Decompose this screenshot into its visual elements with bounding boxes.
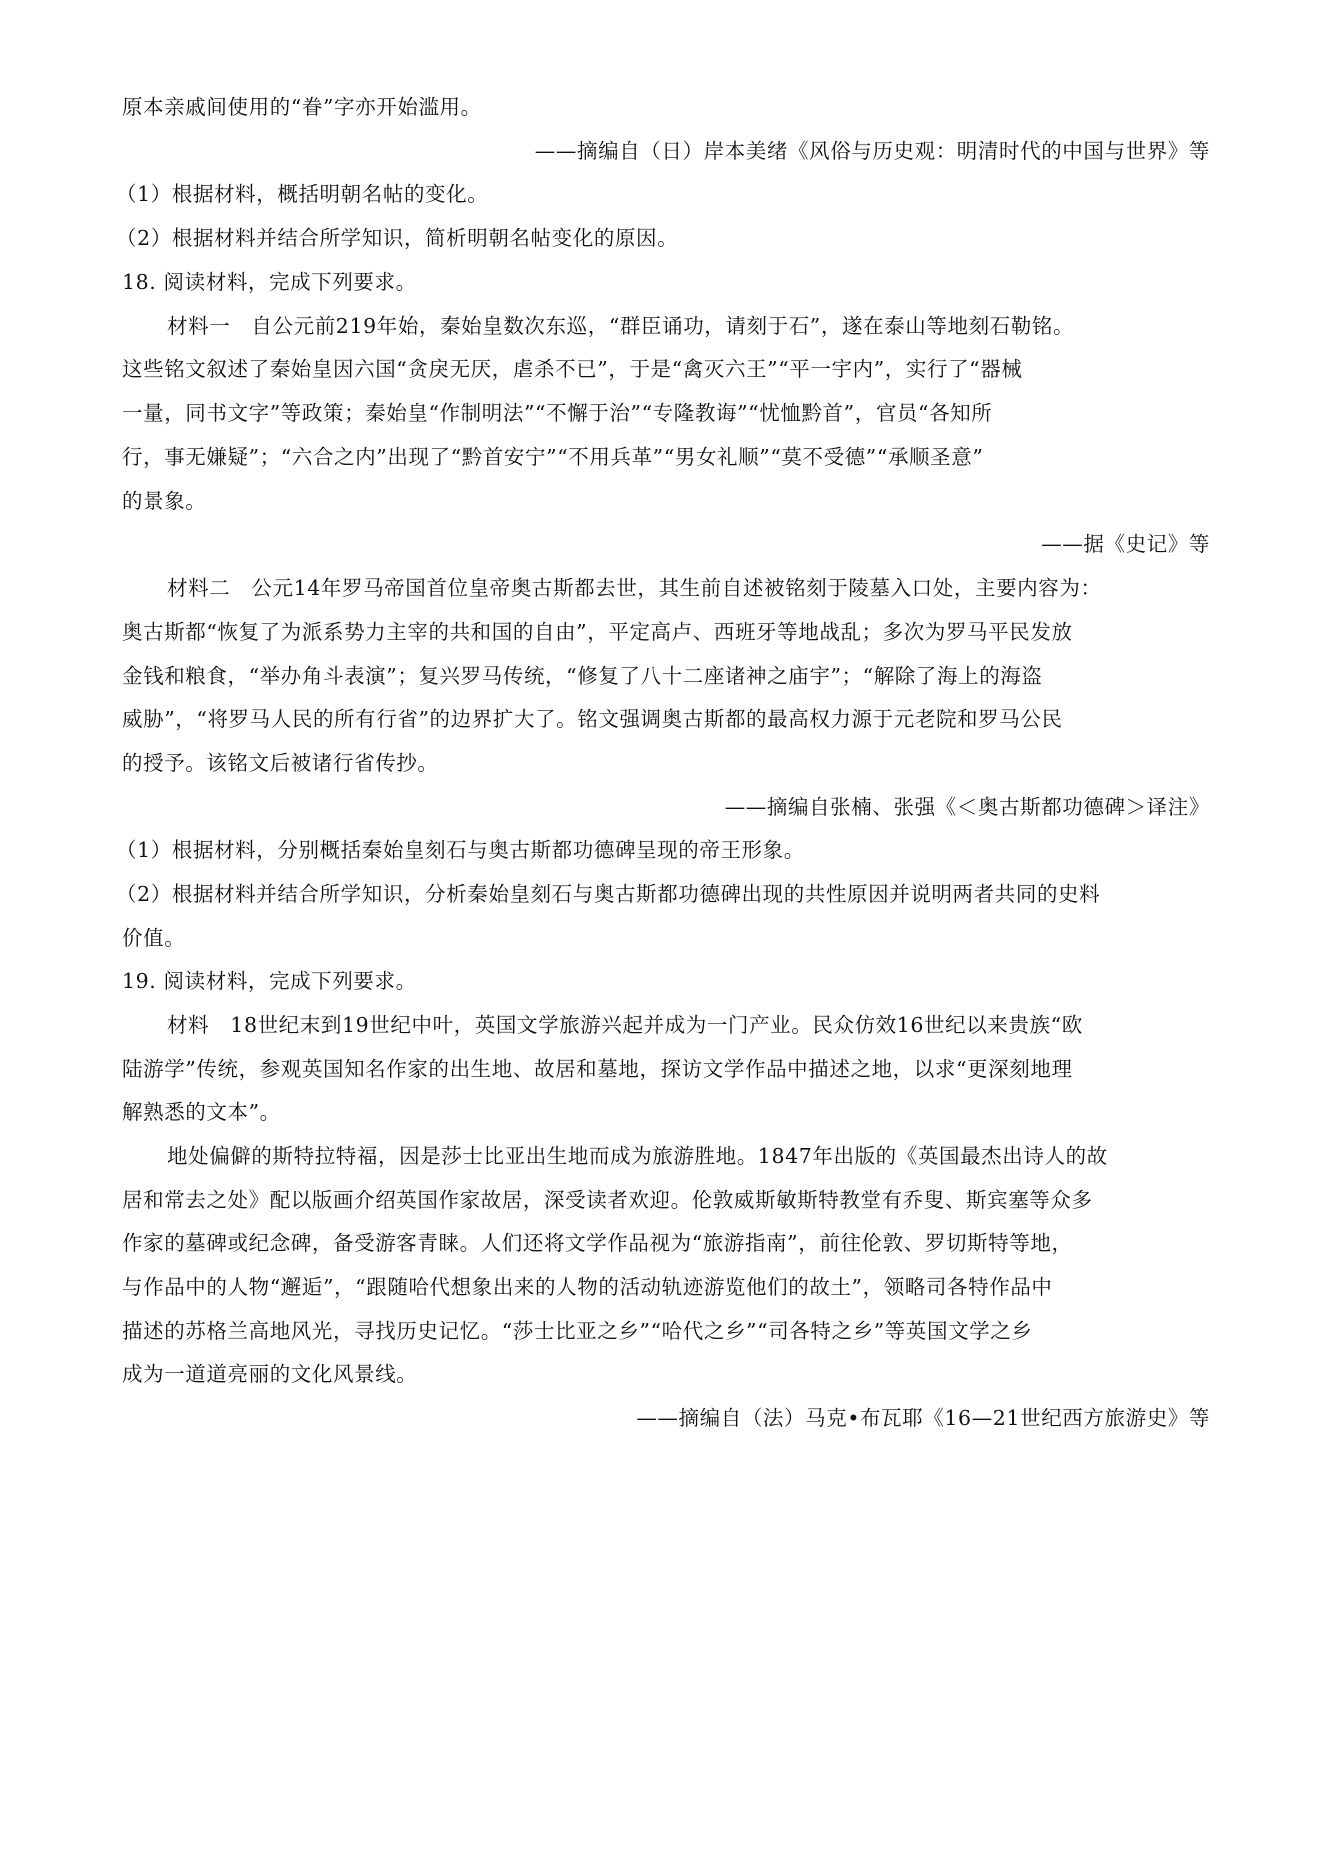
- source-citation: ——据《史记》等: [122, 530, 1210, 558]
- body-line: 奥古斯都“恢复了为派系势力主宰的共和国的自由”，平定高卢、西班牙等地战乱；多次为…: [122, 618, 1210, 646]
- question-heading: 18. 阅读材料，完成下列要求。: [122, 268, 1210, 296]
- source-citation: ——摘编自（日）岸本美绪《风俗与历史观：明清时代的中国与世界》等: [122, 137, 1210, 165]
- body-line: 威胁”，“将罗马人民的所有行省”的边界扩大了。铭文强调奥古斯都的最高权力源于元老…: [122, 705, 1210, 733]
- body-line: 描述的苏格兰高地风光，寻找历史记忆。“莎士比亚之乡”“哈代之乡”“司各特之乡”等…: [122, 1317, 1210, 1345]
- body-line: 成为一道道亮丽的文化风景线。: [122, 1360, 1210, 1388]
- question-heading: 19. 阅读材料，完成下列要求。: [122, 967, 1210, 995]
- body-line: 的授予。该铭文后被诸行省传抄。: [122, 749, 1210, 777]
- question-text: （1）根据材料，分别概括秦始皇刻石与奥古斯都功德碑呈现的帝王形象。: [116, 836, 1204, 864]
- material-paragraph-start: 地处偏僻的斯特拉特福，因是莎士比亚出生地而成为旅游胜地。1847年出版的《英国最…: [122, 1142, 1210, 1170]
- body-line: 原本亲戚间使用的“眷”字亦开始滥用。: [122, 93, 1210, 121]
- source-citation: ——摘编自张楠、张强《＜奥古斯都功德碑＞译注》: [122, 793, 1210, 821]
- body-line: 与作品中的人物“邂逅”，“跟随哈代想象出来的人物的活动轨迹游览他们的故土”，领略…: [122, 1273, 1210, 1301]
- body-line: 这些铭文叙述了秦始皇因六国“贪戾无厌，虐杀不已”，于是“禽灭六王”“平一宇内”，…: [122, 355, 1210, 383]
- question-text: （1）根据材料，概括明朝名帖的变化。: [116, 180, 1204, 208]
- body-line: 作家的墓碑或纪念碑，备受游客青睐。人们还将文学作品视为“旅游指南”，前往伦敦、罗…: [122, 1229, 1210, 1257]
- material-paragraph-start: 材料 18世纪末到19世纪中叶，英国文学旅游兴起并成为一门产业。民众仿效16世纪…: [122, 1011, 1210, 1039]
- material-paragraph-start: 材料一 自公元前219年始，秦始皇数次东巡，“群臣诵功，请刻于石”，遂在泰山等地…: [122, 312, 1210, 340]
- material-paragraph-start: 材料二 公元14年罗马帝国首位皇帝奥古斯都去世，其生前自述被铭刻于陵墓入口处，主…: [122, 574, 1210, 602]
- body-line: 行，事无嫌疑”；“六合之内”出现了“黔首安宁”“不用兵革”“男女礼顺”“莫不受德…: [122, 443, 1210, 471]
- body-line: 居和常去之处》配以版画介绍英国作家故居，深受读者欢迎。伦敦威斯敏斯特教堂有乔叟、…: [122, 1186, 1210, 1214]
- source-citation: ——摘编自（法）马克•布瓦耶《16—21世纪西方旅游史》等: [122, 1404, 1210, 1432]
- body-line: 一量，同书文字”等政策；秦始皇“作制明法”“不懈于治”“专隆教诲”“忧恤黔首”，…: [122, 399, 1210, 427]
- body-line: 陆游学”传统，参观英国知名作家的出生地、故居和墓地，探访文学作品中描述之地，以求…: [122, 1055, 1210, 1083]
- question-text: （2）根据材料并结合所学知识，分析秦始皇刻石与奥古斯都功德碑出现的共性原因并说明…: [116, 880, 1204, 908]
- question-text: （2）根据材料并结合所学知识，简析明朝名帖变化的原因。: [116, 224, 1204, 252]
- body-line: 金钱和粮食，“举办角斗表演”；复兴罗马传统，“修复了八十二座诸神之庙宇”；“解除…: [122, 662, 1210, 690]
- body-line: 的景象。: [122, 487, 1210, 515]
- body-line: 解熟悉的文本”。: [122, 1098, 1210, 1126]
- body-line: 价值。: [122, 924, 1210, 952]
